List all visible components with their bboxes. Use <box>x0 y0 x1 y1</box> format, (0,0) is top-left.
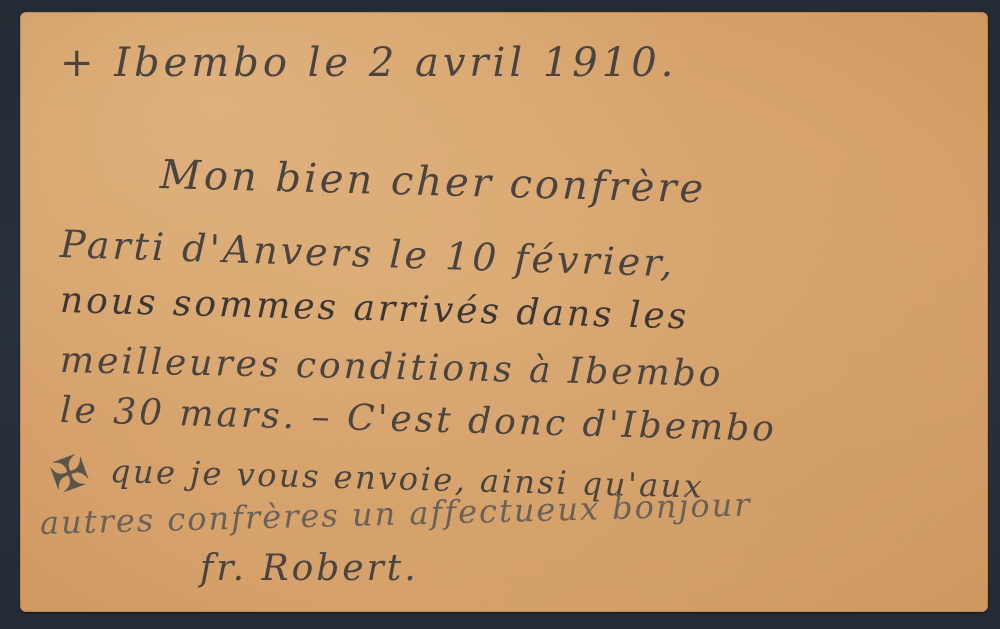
body-line-4: le 30 mars. – C'est donc d'Ibembo <box>59 390 777 450</box>
dateline: + Ibembo le 2 avril 1910. <box>60 40 677 86</box>
body-line-6: autres confrères un affectueux bonjour <box>40 485 753 542</box>
body-line-1: Parti d'Anvers le 10 février, <box>59 222 676 285</box>
body-line-2: nous sommes arrivés dans les <box>59 280 689 337</box>
signature: fr. Robert. <box>200 548 419 589</box>
postcard: + Ibembo le 2 avril 1910. Mon bien cher … <box>20 12 988 612</box>
body-line-3: meilleures conditions à Ibembo <box>60 340 724 395</box>
page-background: + Ibembo le 2 avril 1910. Mon bien cher … <box>0 0 1000 629</box>
margin-cross-mark-icon: ✠ <box>43 445 98 506</box>
salutation: Mon bien cher confrère <box>159 152 706 212</box>
